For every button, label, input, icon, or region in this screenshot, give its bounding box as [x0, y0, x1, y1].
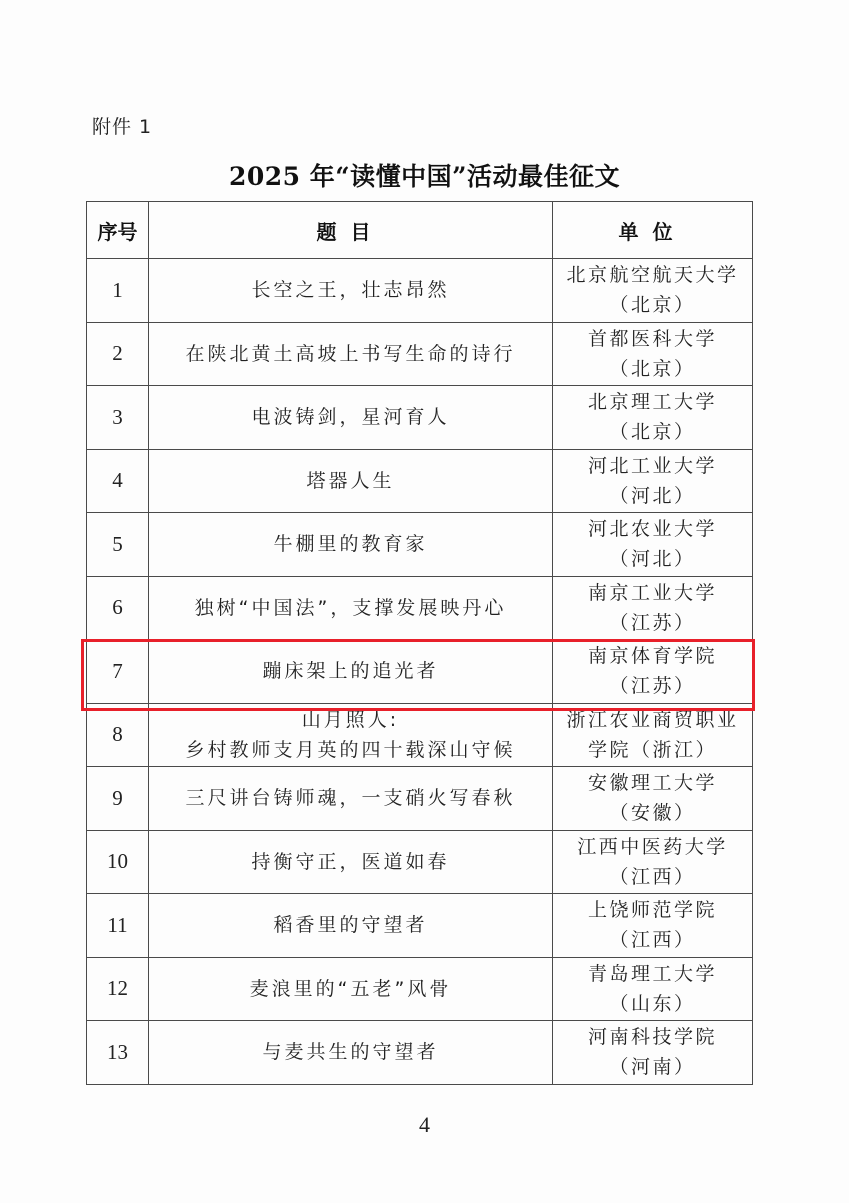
title-line: 独树“中国法”，支撑发展映丹心 — [149, 593, 552, 623]
table-row: 7蹦床架上的追光者南京体育学院（江苏） — [87, 640, 753, 704]
unit-line: （北京） — [553, 290, 752, 320]
cell-index: 11 — [87, 894, 149, 958]
title-line: 长空之王，壮志昂然 — [149, 275, 552, 305]
table-row: 9三尺讲台铸师魂，一支硝火写春秋安徽理工大学（安徽） — [87, 767, 753, 831]
unit-line: （山东） — [553, 989, 752, 1019]
table-row: 8山月照人:乡村教师支月英的四十载深山守候浙江农业商贸职业学院（浙江） — [87, 703, 753, 767]
title-line: 乡村教师支月英的四十载深山守候 — [149, 735, 552, 765]
unit-line: 河南科技学院 — [553, 1022, 752, 1052]
cell-unit: 南京体育学院（江苏） — [553, 640, 753, 704]
cell-unit: 北京理工大学（北京） — [553, 386, 753, 450]
cell-title: 塔器人生 — [149, 449, 553, 513]
unit-line: （江苏） — [553, 671, 752, 701]
cell-title: 山月照人:乡村教师支月英的四十载深山守候 — [149, 703, 553, 767]
unit-line: 首都医科大学 — [553, 324, 752, 354]
cell-title: 麦浪里的“五老”风骨 — [149, 957, 553, 1021]
cell-unit: 南京工业大学（江苏） — [553, 576, 753, 640]
cell-unit: 河南科技学院（河南） — [553, 1021, 753, 1085]
cell-index: 1 — [87, 259, 149, 323]
unit-line: （江苏） — [553, 608, 752, 638]
title-line: 牛棚里的教育家 — [149, 529, 552, 559]
attachment-label: 附件 1 — [92, 112, 152, 139]
cell-unit: 北京航空航天大学（北京） — [553, 259, 753, 323]
cell-unit: 青岛理工大学（山东） — [553, 957, 753, 1021]
table-row: 3电波铸剑，星河育人北京理工大学（北京） — [87, 386, 753, 450]
cell-index: 13 — [87, 1021, 149, 1085]
cell-title: 牛棚里的教育家 — [149, 513, 553, 577]
unit-line: 江西中医药大学 — [553, 832, 752, 862]
table-body: 1长空之王，壮志昂然北京航空航天大学（北京）2在陕北黄土高坡上书写生命的诗行首都… — [87, 259, 753, 1085]
table-row: 10持衡守正，医道如春江西中医药大学（江西） — [87, 830, 753, 894]
table-row: 4塔器人生河北工业大学（河北） — [87, 449, 753, 513]
cell-unit: 浙江农业商贸职业学院（浙江） — [553, 703, 753, 767]
unit-line: （北京） — [553, 354, 752, 384]
cell-title: 长空之王，壮志昂然 — [149, 259, 553, 323]
column-header-index: 序号 — [87, 202, 149, 259]
title-line: 电波铸剑，星河育人 — [149, 402, 552, 432]
unit-line: （江西） — [553, 862, 752, 892]
cell-title: 三尺讲台铸师魂，一支硝火写春秋 — [149, 767, 553, 831]
column-header-unit: 单位 — [553, 202, 753, 259]
title-line: 在陕北黄土高坡上书写生命的诗行 — [149, 339, 552, 369]
unit-line: （北京） — [553, 417, 752, 447]
table-row: 1长空之王，壮志昂然北京航空航天大学（北京） — [87, 259, 753, 323]
unit-line: 河北工业大学 — [553, 451, 752, 481]
cell-title: 蹦床架上的追光者 — [149, 640, 553, 704]
page-number: 4 — [0, 1112, 849, 1138]
unit-line: （江西） — [553, 925, 752, 955]
cell-index: 7 — [87, 640, 149, 704]
cell-title: 稻香里的守望者 — [149, 894, 553, 958]
table-row: 6独树“中国法”，支撑发展映丹心南京工业大学（江苏） — [87, 576, 753, 640]
cell-index: 8 — [87, 703, 149, 767]
cell-index: 10 — [87, 830, 149, 894]
award-table: 序号 题目 单位 1长空之王，壮志昂然北京航空航天大学（北京）2在陕北黄土高坡上… — [86, 201, 753, 1085]
cell-title: 与麦共生的守望者 — [149, 1021, 553, 1085]
cell-title: 独树“中国法”，支撑发展映丹心 — [149, 576, 553, 640]
document-page: 附件 1 2025 年“读懂中国”活动最佳征文 序号 题目 单位 1长空之王，壮… — [0, 0, 849, 1203]
cell-unit: 河北农业大学（河北） — [553, 513, 753, 577]
cell-unit: 上饶师范学院（江西） — [553, 894, 753, 958]
unit-line: （河北） — [553, 544, 752, 574]
unit-line: 上饶师范学院 — [553, 895, 752, 925]
table-row: 5牛棚里的教育家河北农业大学（河北） — [87, 513, 753, 577]
cell-unit: 安徽理工大学（安徽） — [553, 767, 753, 831]
cell-title: 电波铸剑，星河育人 — [149, 386, 553, 450]
cell-index: 5 — [87, 513, 149, 577]
cell-unit: 江西中医药大学（江西） — [553, 830, 753, 894]
cell-index: 6 — [87, 576, 149, 640]
title-line: 稻香里的守望者 — [149, 910, 552, 940]
unit-line: 浙江农业商贸职业 — [553, 705, 752, 735]
cell-index: 9 — [87, 767, 149, 831]
cell-index: 3 — [87, 386, 149, 450]
unit-line: （安徽） — [553, 798, 752, 828]
unit-line: 北京理工大学 — [553, 387, 752, 417]
cell-title: 在陕北黄土高坡上书写生命的诗行 — [149, 322, 553, 386]
cell-title: 持衡守正，医道如春 — [149, 830, 553, 894]
unit-line: 安徽理工大学 — [553, 768, 752, 798]
unit-line: 河北农业大学 — [553, 514, 752, 544]
unit-line: 北京航空航天大学 — [553, 260, 752, 290]
table-row: 13与麦共生的守望者河南科技学院（河南） — [87, 1021, 753, 1085]
table-row: 12麦浪里的“五老”风骨青岛理工大学（山东） — [87, 957, 753, 1021]
cell-index: 4 — [87, 449, 149, 513]
title-line: 蹦床架上的追光者 — [149, 656, 552, 686]
unit-line: 学院（浙江） — [553, 735, 752, 765]
cell-unit: 首都医科大学（北京） — [553, 322, 753, 386]
unit-line: 青岛理工大学 — [553, 959, 752, 989]
cell-index: 12 — [87, 957, 149, 1021]
title-line: 山月照人: — [149, 705, 552, 735]
title-line: 持衡守正，医道如春 — [149, 847, 552, 877]
unit-line: （河南） — [553, 1052, 752, 1082]
table-header-row: 序号 题目 单位 — [87, 202, 753, 259]
page-title: 2025 年“读懂中国”活动最佳征文 — [0, 157, 849, 193]
table-row: 11稻香里的守望者上饶师范学院（江西） — [87, 894, 753, 958]
title-line: 塔器人生 — [149, 466, 552, 496]
column-header-title: 题目 — [149, 202, 553, 259]
cell-unit: 河北工业大学（河北） — [553, 449, 753, 513]
unit-line: （河北） — [553, 481, 752, 511]
unit-line: 南京体育学院 — [553, 641, 752, 671]
title-line: 三尺讲台铸师魂，一支硝火写春秋 — [149, 783, 552, 813]
cell-index: 2 — [87, 322, 149, 386]
title-line: 与麦共生的守望者 — [149, 1037, 552, 1067]
table-row: 2在陕北黄土高坡上书写生命的诗行首都医科大学（北京） — [87, 322, 753, 386]
unit-line: 南京工业大学 — [553, 578, 752, 608]
title-line: 麦浪里的“五老”风骨 — [149, 974, 552, 1004]
